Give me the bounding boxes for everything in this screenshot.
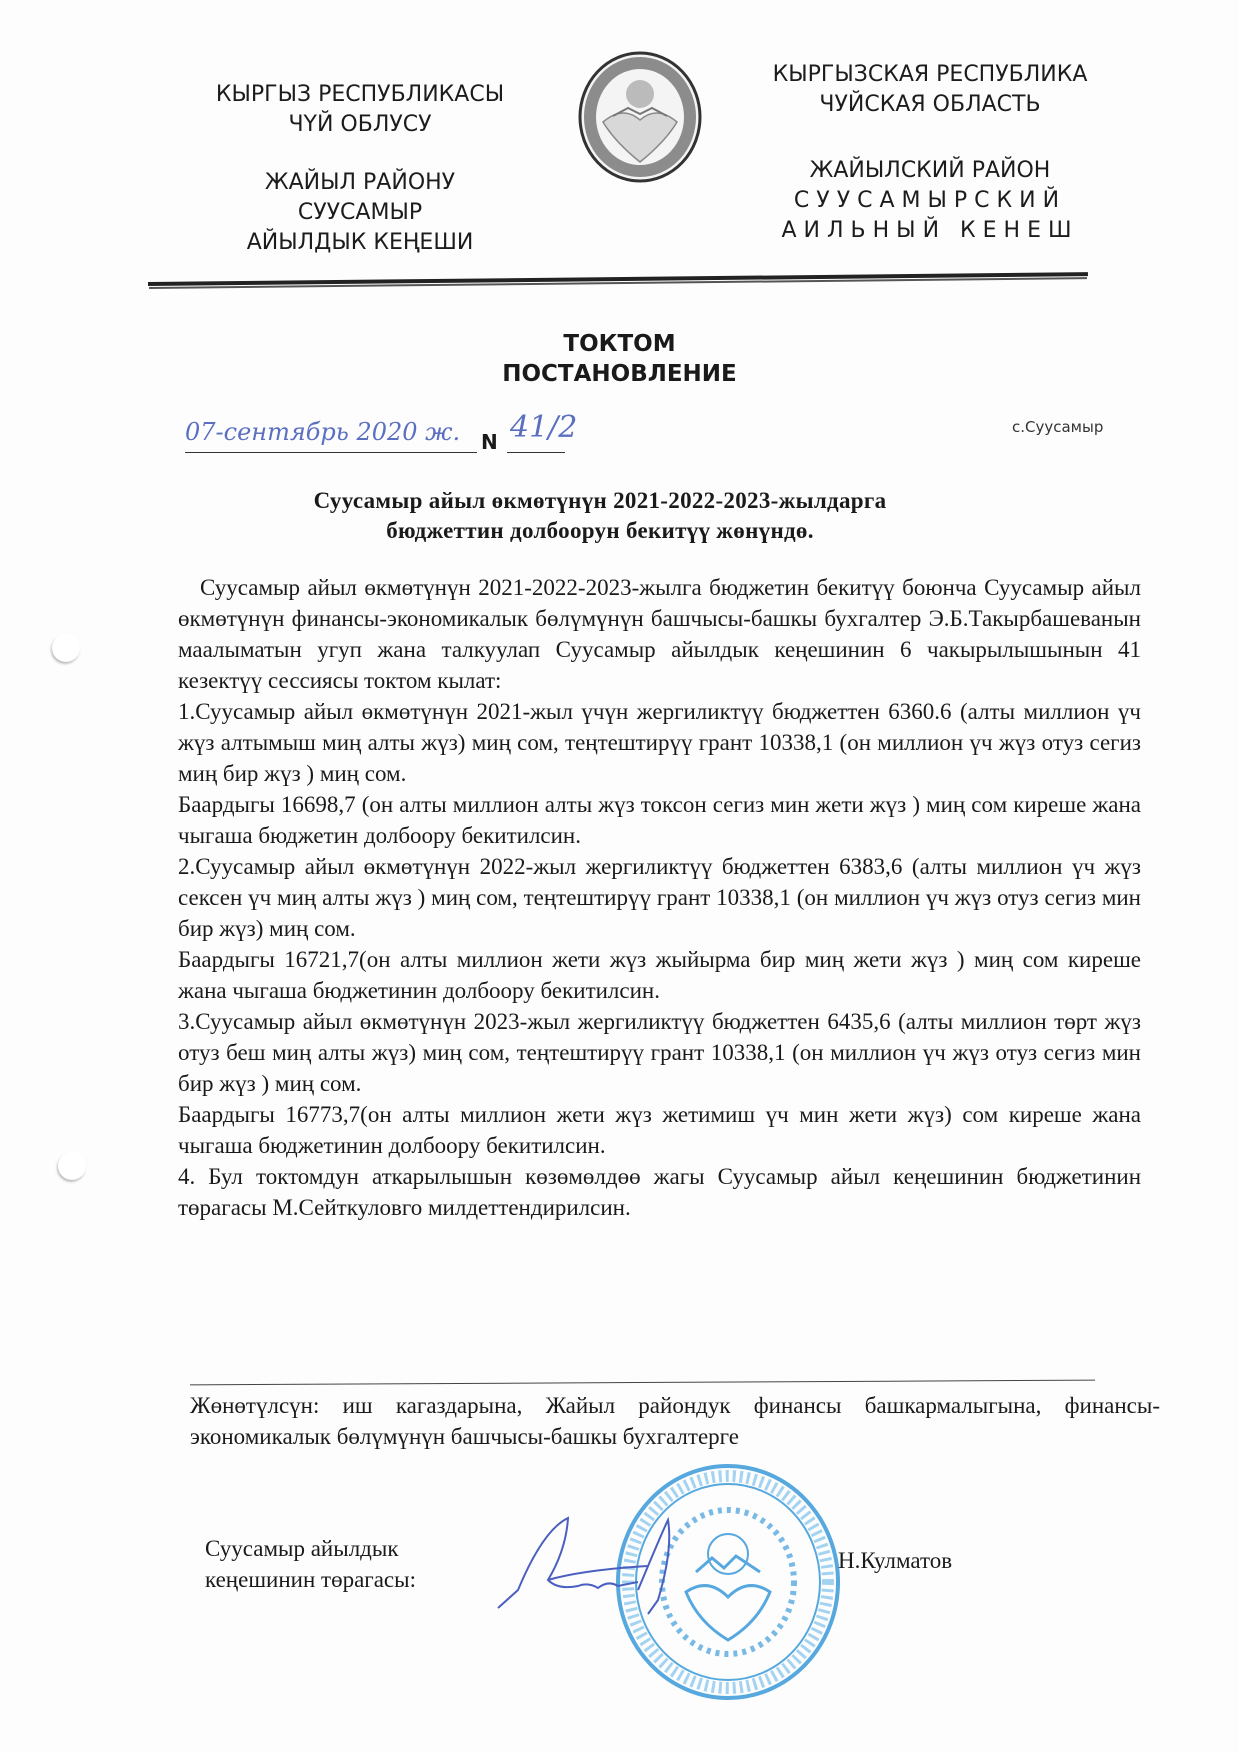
document-type-kyrgyz: ТОКТОМ (0, 328, 1239, 360)
header-line: ЧУЙСКАЯ ОБЛАСТЬ (740, 90, 1120, 120)
header-line: АИЛЬНЫЙ КЕНЕШ (740, 216, 1120, 246)
item-3: 3.Суусамыр айыл өкмөтүнүн 2023-жыл жерги… (178, 1006, 1141, 1099)
number-label: N (481, 430, 498, 454)
distribution-list: Жөнөтүлсүн: иш кагаздарына, Жайыл районд… (190, 1390, 1160, 1452)
signatory-title: Суусамыр айылдык кеңешинин төрагасы: (205, 1533, 416, 1595)
header-russian: КЫРГЫЗСКАЯ РЕСПУБЛИКА ЧУЙСКАЯ ОБЛАСТЬ ЖА… (740, 60, 1120, 246)
header-line: КЫРГЫЗСКАЯ РЕСПУБЛИКА (740, 60, 1120, 90)
item-2: 2.Суусамыр айыл өкмөтүнүн 2022-жыл жерги… (178, 851, 1141, 944)
header-line: ЧҮЙ ОБЛУСУ (180, 110, 540, 140)
document-type-russian: ПОСТАНОВЛЕНИЕ (0, 358, 1239, 390)
item-3-total: Баардыгы 16773,7(он алты миллион жети жү… (178, 1099, 1141, 1161)
signature-icon (488, 1510, 688, 1620)
item-1: 1.Суусамыр айыл өкмөтүнүн 2021-жыл үчүн … (178, 696, 1141, 789)
header-divider (148, 272, 1088, 286)
item-4: 4. Бул токтомдун аткарылышын көзөмөлдөө … (178, 1161, 1141, 1223)
header-line: СУУСАМЫР (180, 198, 540, 228)
signatory-title-line: кеңешинин төрагасы: (205, 1564, 416, 1595)
handwritten-date: 07-сентябрь 2020 ж. (185, 418, 460, 446)
document-body: Суусамыр айыл өкмөтүнүн 2021-2022-2023-ж… (178, 572, 1141, 1223)
header-line: ЖАЙЫЛ РАЙОНУ (180, 168, 540, 198)
handwritten-number: 41/2 (510, 410, 577, 445)
signatory-name: Н.Кулматов (838, 1548, 952, 1574)
number-underline (507, 452, 565, 453)
place: с.Суусамыр (1012, 418, 1103, 436)
date-number-line: 07-сентябрь 2020 ж. N 41/2 (185, 410, 625, 456)
document-page: КЫРГЫЗ РЕСПУБЛИКАСЫ ЧҮЙ ОБЛУСУ ЖАЙЫЛ РАЙ… (0, 0, 1239, 1752)
title-line: бюджеттин долбоорун бекитүү жөнүндө. (210, 516, 990, 546)
item-1-total: Баардыгы 16698,7 (он алты миллион алты ж… (178, 789, 1141, 851)
date-underline (185, 452, 477, 453)
punch-hole (58, 1152, 86, 1180)
signatory-title-line: Суусамыр айылдык (205, 1533, 416, 1564)
separator-line (190, 1380, 1095, 1386)
preamble: Суусамыр айыл өкмөтүнүн 2021-2022-2023-ж… (178, 572, 1141, 696)
document-title: Суусамыр айыл өкмөтүнүн 2021-2022-2023-ж… (210, 486, 990, 546)
title-line: Суусамыр айыл өкмөтүнүн 2021-2022-2023-ж… (210, 486, 990, 516)
item-2-total: Баардыгы 16721,7(он алты миллион жети жү… (178, 944, 1141, 1006)
punch-hole (52, 634, 80, 662)
header-kyrgyz: КЫРГЫЗ РЕСПУБЛИКАСЫ ЧҮЙ ОБЛУСУ ЖАЙЫЛ РАЙ… (180, 80, 540, 258)
state-emblem-icon (573, 50, 707, 184)
header-line: ЖАЙЫЛСКИЙ РАЙОН (740, 156, 1120, 186)
header-line: АЙЫЛДЫК КЕҢЕШИ (180, 228, 540, 258)
header-line: КЫРГЫЗ РЕСПУБЛИКАСЫ (180, 80, 540, 110)
header-line: СУУСАМЫРСКИЙ (740, 186, 1120, 216)
